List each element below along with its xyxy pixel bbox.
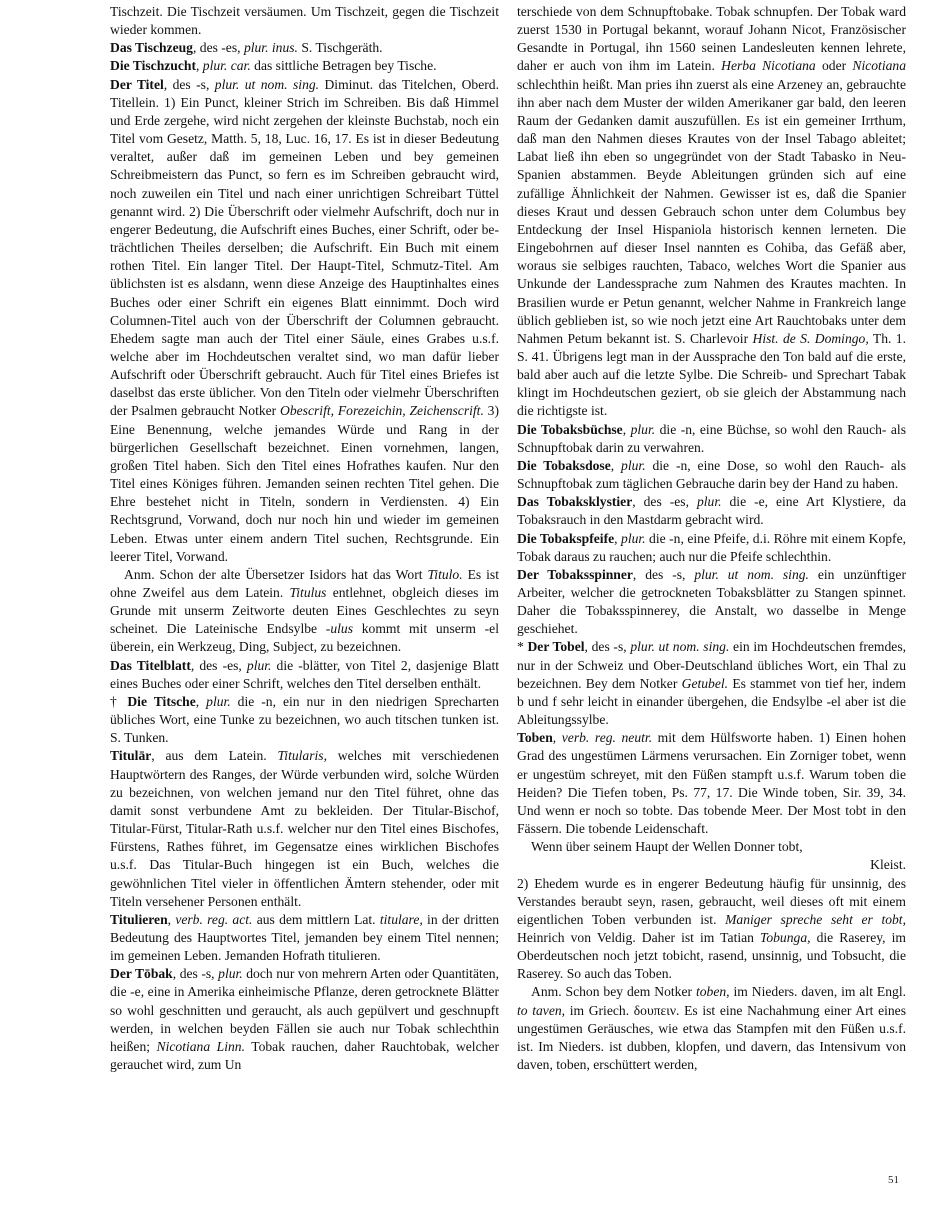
dictionary-entry: † Die Titsche, plur. die -n, ein nur in … [110,693,499,747]
italic-term: Maniger spreche seht er tobt, [725,912,906,927]
italic-term: Titularis, [277,748,327,763]
headword: Der Titel [110,77,164,92]
entry-text: S. Tischgeräth. [298,40,383,55]
entry-text: , [614,531,621,546]
italic-term: plur. ut nom. sing. [215,77,319,92]
right-column: terschiede von dem Schnupftobake. Tobak … [517,3,906,1074]
dictionary-entry: * Der Tobel, des -s, plur. ut nom. sing.… [517,638,906,729]
entry-text: Wenn über seinem Haupt der Wellen Donner… [531,839,803,854]
entry-text: , [196,694,206,709]
headword: Die Tischzucht [110,58,196,73]
headword: Der Tobel [527,639,584,654]
dictionary-entry: Das Titelblatt, des -es, plur. die -blät… [110,657,499,693]
entry-text: , aus dem Latein. [151,748,277,763]
entry-text: , [196,58,203,73]
headword: Die Tobaksdose [517,458,611,473]
entry-text: , [623,422,631,437]
entry-text: Anm. Schon bey dem Notker [531,984,696,999]
italic-term: plur. [697,494,722,509]
entry-text: , [553,730,562,745]
italic-term: ulus [330,621,353,636]
dictionary-entry: Anm. Schon bey dem Notker toben, im Nied… [517,983,906,1074]
dictionary-entry: Der Tōbak, des -s, plur. doch nur von me… [110,965,499,1074]
headword: Titulār [110,748,151,763]
dictionary-entry: Die Tobaksdose, plur. die -n, eine Dose,… [517,457,906,493]
italic-term: verb. reg. neutr. [562,730,652,745]
entry-text: im Griech. δουπειν. Es ist eine Nachahmu… [517,1003,906,1072]
entry-text: , des -s, [173,966,218,981]
dictionary-entry: Die Tischzucht, plur. car. das sittliche… [110,57,499,75]
entry-text: mit dem Hülfsworte haben. 1) Einen hohen… [517,730,906,836]
italic-term: titulare, [380,912,423,927]
headword: Das Tobaksklystier [517,494,632,509]
italic-term: Nicotiana [852,58,906,73]
italic-term: Titulus [289,585,326,600]
dictionary-entry: 2) Ehedem wurde es in engerer Bedeutung … [517,875,906,984]
italic-term: plur. inus. [244,40,298,55]
entry-text: Kleist. [870,857,906,872]
headword: Toben [517,730,553,745]
italic-term: plur. car. [203,58,251,73]
entry-text: das sittliche Betragen bey Tische. [251,58,437,73]
dictionary-page: Tischzeit. Die Tischzeit versäumen. Um T… [0,0,935,1210]
headword: Das Tischzeug [110,40,193,55]
entry-text: welches mit verschiedenen Hauptwörtern d… [110,748,499,908]
entry-text: , des -s, [164,77,215,92]
italic-term: plur. ut nom. sing. [694,567,809,582]
italic-term: plur. [621,531,646,546]
entry-text: oder [816,58,853,73]
italic-term: plur. [621,458,646,473]
italic-term: Herba Nicotiana [721,58,816,73]
italic-term: Nicotiana Linn. [157,1039,245,1054]
entry-text: 3) Eine Benennung, welche jemandes Würde… [110,403,499,563]
entry-text: , [611,458,621,473]
headword: Die Tobaksbüchse [517,422,623,437]
italic-term: plur. ut nom. sing. [630,639,729,654]
entry-text: Tischzeit. Die Tischzeit versäumen. Um T… [110,4,499,37]
entry-text: Diminut. das Titelchen, Oberd. Titellein… [110,77,499,419]
dictionary-entry: Das Tobaksklystier, des -es, plur. die -… [517,493,906,529]
entry-text: , des -s, [633,567,694,582]
entry-text: † [110,694,127,709]
dictionary-entry: Wenn über seinem Haupt der Wellen Donner… [517,838,906,856]
left-column: Tischzeit. Die Tischzeit versäumen. Um T… [110,3,499,1074]
italic-term: Titulo. [427,567,462,582]
dictionary-entry: Tischzeit. Die Tischzeit versäumen. Um T… [110,3,499,39]
italic-term: Tobunga, [760,930,811,945]
headword: Titulieren [110,912,168,927]
dictionary-entry: Anm. Schon der alte Übersetzer Isidors h… [110,566,499,657]
dictionary-entry: Das Tischzeug, des -es, plur. inus. S. T… [110,39,499,57]
italic-term: plur. [218,966,243,981]
dictionary-entry: Toben, verb. reg. neutr. mit dem Hülfswo… [517,729,906,838]
italic-term: verb. reg. act. [175,912,252,927]
dictionary-entry: Titulieren, verb. reg. act. aus dem mitt… [110,911,499,965]
entry-text: , des -es, [193,40,244,55]
headword: Der Tobaksspinner [517,567,633,582]
dictionary-entry: Die Tobaksbüchse, plur. die -n, eine Büc… [517,421,906,457]
entry-text: , des -s, [585,639,631,654]
dictionary-entry: Die Tobakspfeife, plur. die -n, eine Pfe… [517,530,906,566]
italic-term: plur. [631,422,656,437]
page-number: 51 [888,1174,899,1186]
italic-term: Hist. de S. Domingo, [753,331,869,346]
italic-term: Getubel. [682,676,728,691]
italic-term: plur. [247,658,272,673]
entry-text: * [517,639,527,654]
headword: Die Titsche [127,694,195,709]
italic-term: plur. [206,694,231,709]
entry-text: , des -es, [632,494,697,509]
entry-text: schlechthin heißt. Man pries ihn zuerst … [517,77,906,346]
entry-text: Heinrich von Veldig. Daher ist im Tatian [517,930,760,945]
entry-text: im Nieders. daven, im alt Engl. [730,984,906,999]
headword: Die Tobakspfeife [517,531,614,546]
dictionary-entry: Titulār, aus dem Latein. Titularis, welc… [110,747,499,910]
entry-text: aus dem mittlern Lat. [252,912,379,927]
dictionary-entry: Kleist. [517,856,906,874]
italic-term: to taven, [517,1003,565,1018]
italic-term: Obescrift, Forezeichin, Zeichenscrift. [280,403,484,418]
dictionary-entry: Der Titel, des -s, plur. ut nom. sing. D… [110,76,499,566]
dictionary-entry: Der Tobaksspinner, des -s, plur. ut nom.… [517,566,906,639]
entry-text: Anm. Schon der alte Übersetzer Isidors h… [124,567,427,582]
entry-text: , des -es, [191,658,247,673]
dictionary-entry: terschiede von dem Schnupftobake. Tobak … [517,3,906,421]
headword: Das Titelblatt [110,658,191,673]
italic-term: toben, [696,984,730,999]
headword: Der Tōbak [110,966,173,981]
